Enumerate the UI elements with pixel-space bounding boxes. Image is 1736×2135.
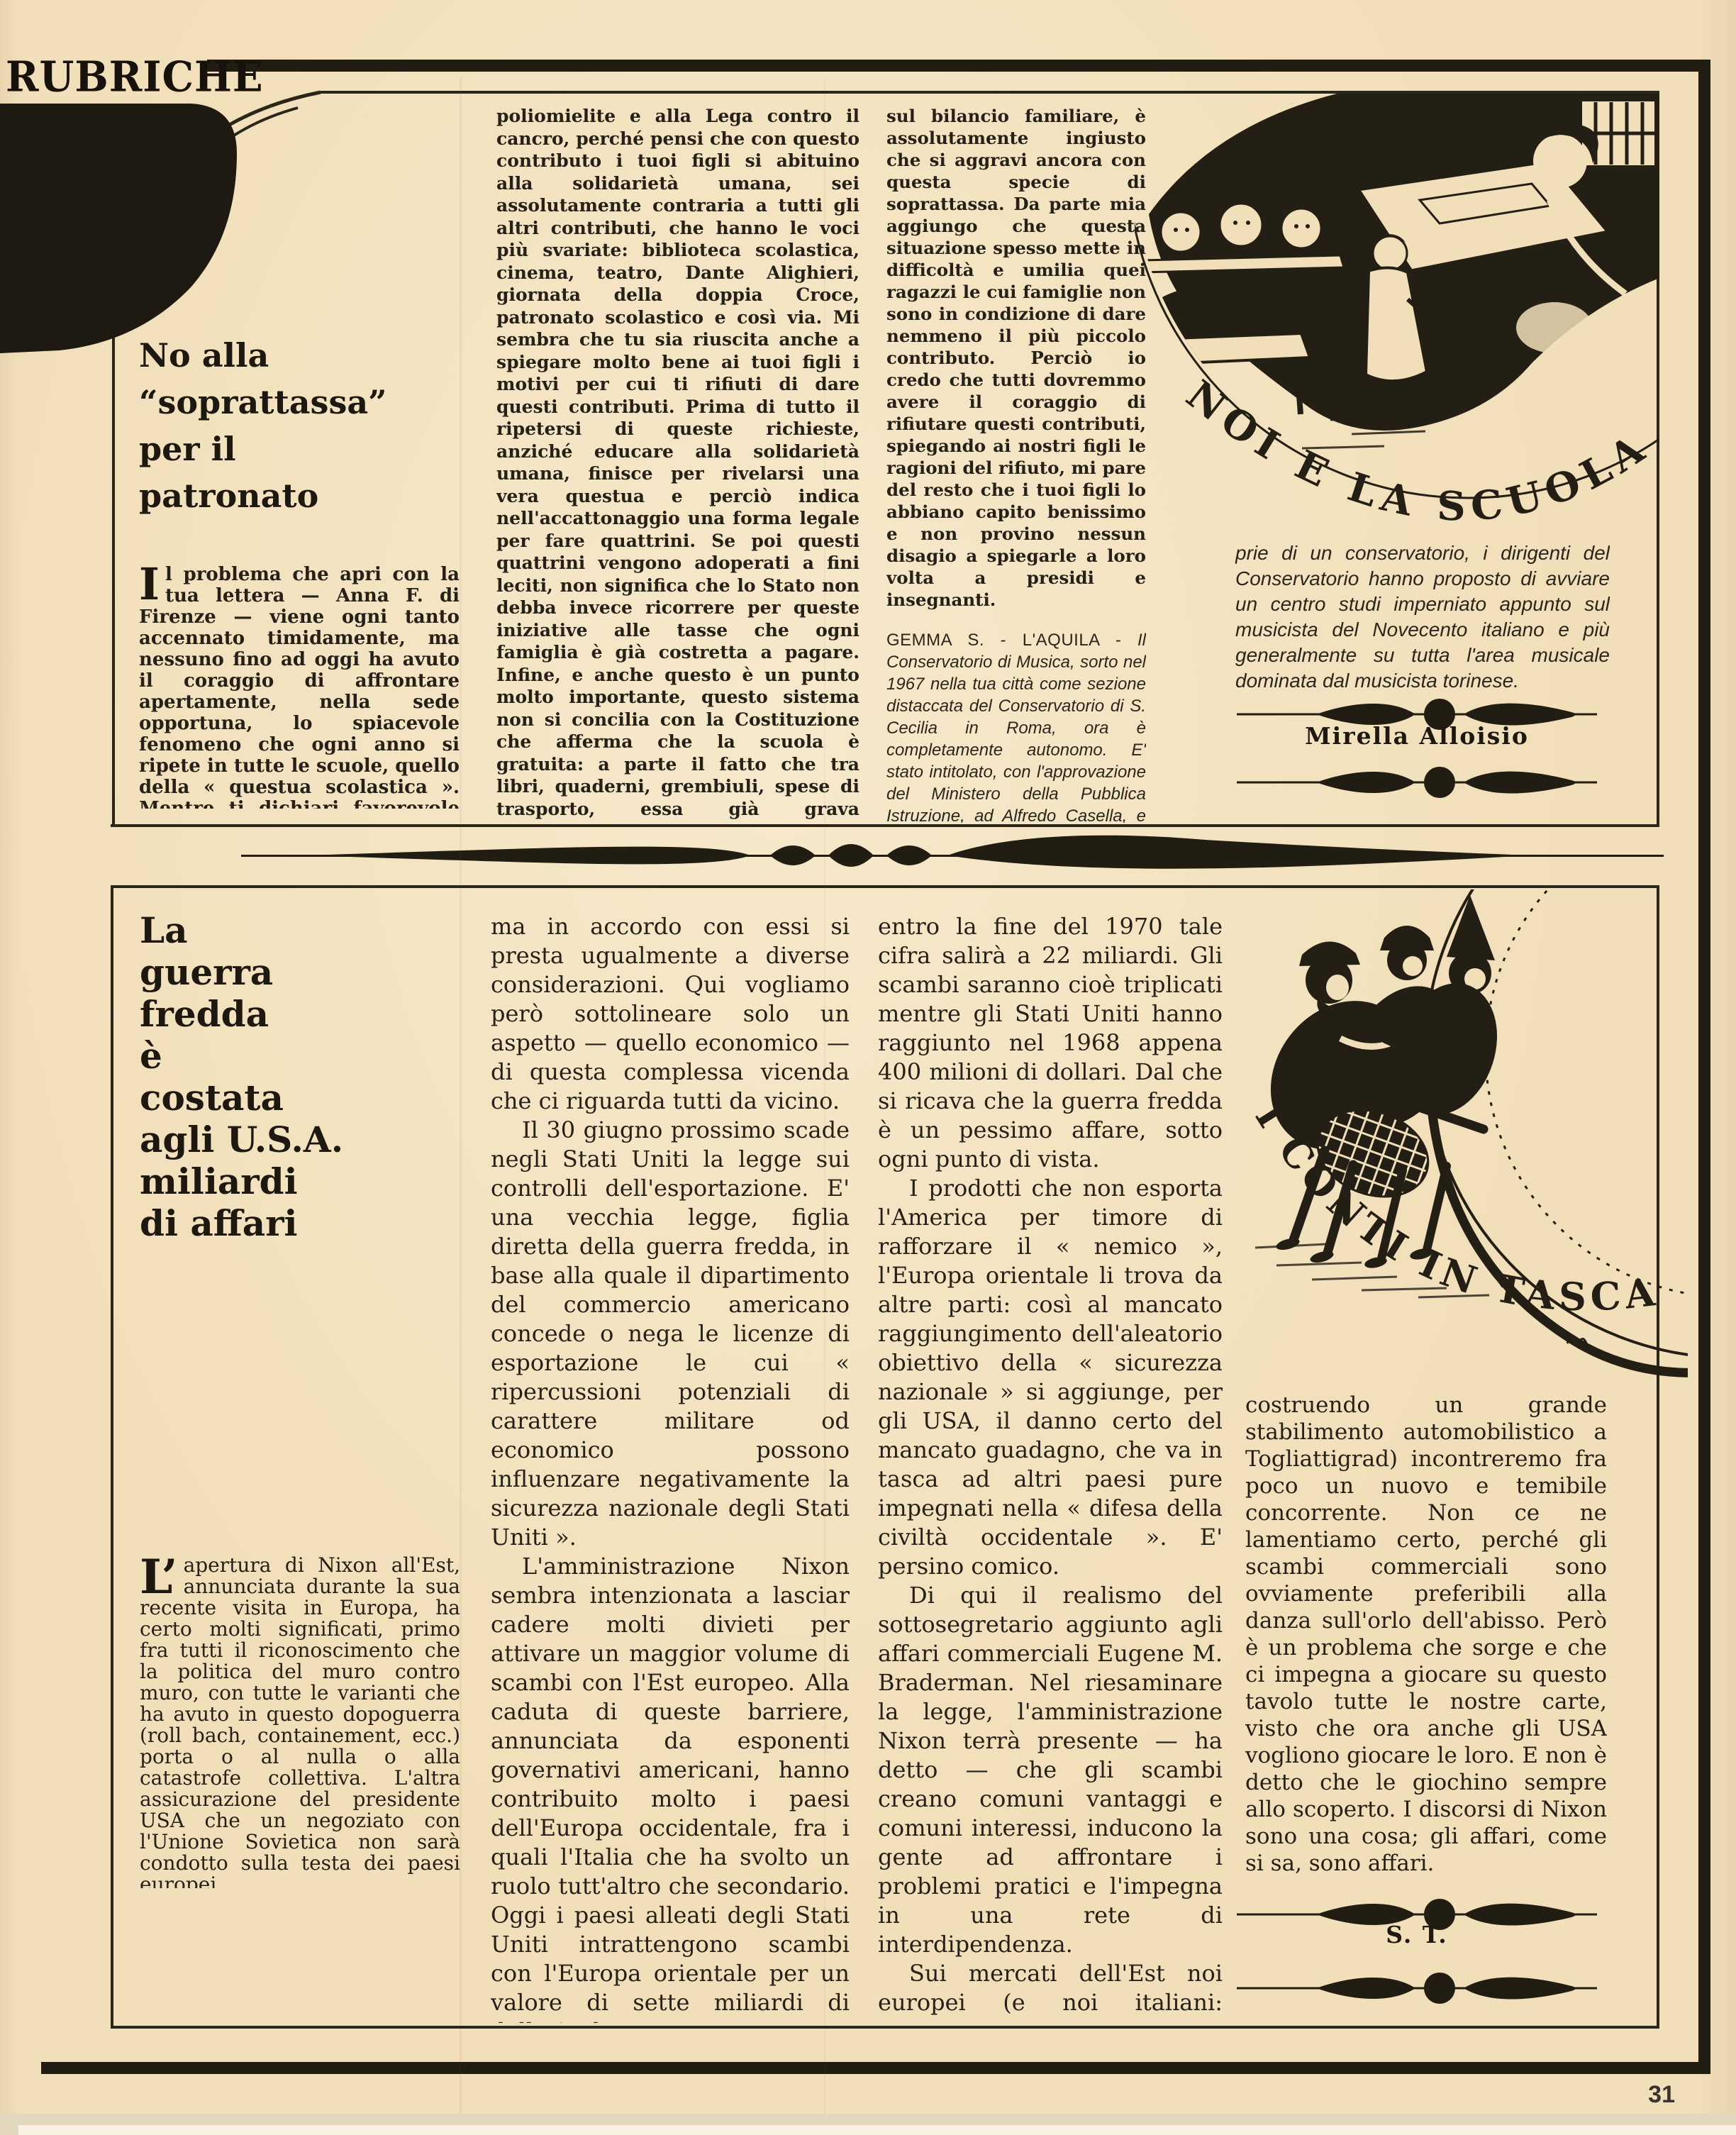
frame-top-rule bbox=[207, 60, 1710, 72]
article1-intro: Il problema che apri con la tua lettera … bbox=[139, 564, 460, 809]
article2-title-line: agli U.S.A. bbox=[140, 1119, 480, 1160]
article2-signature: S. T. bbox=[1233, 1921, 1601, 1948]
article2-column2-paragraph: ma in accordo con essi si presta ugualme… bbox=[491, 912, 850, 1116]
article2-title-line: è bbox=[140, 1035, 480, 1077]
next-page-sliver bbox=[18, 2125, 1736, 2135]
section-label: RUBRICHE bbox=[6, 52, 264, 101]
magazine-page: RUBRICHE bbox=[0, 0, 1736, 2135]
article1-letter2: GEMMA S. - L'AQUILA - Il Conservatorio d… bbox=[886, 629, 1146, 823]
section-divider-rule bbox=[241, 836, 1664, 869]
article2-column4: costruendo un grande stabilimento automo… bbox=[1245, 1392, 1607, 1882]
article2-column2-paragraph: Il 30 giugno prossimo scade negli Stati … bbox=[491, 1116, 850, 1552]
article2-column3-paragraph: entro la fine del 1970 tale cifra salirà… bbox=[878, 912, 1223, 1174]
article1-title-line: No alla bbox=[139, 332, 472, 379]
article1-title-line: per il bbox=[139, 426, 472, 472]
article2-column3-paragraph: I prodotti che non esporta l'America per… bbox=[878, 1174, 1223, 1581]
article2-title-line: fredda bbox=[140, 993, 480, 1035]
article1-title-line: patronato bbox=[139, 472, 472, 519]
article2-dropcap: L’ bbox=[140, 1555, 184, 1596]
article1-signature: Mirella Alloisio bbox=[1233, 722, 1601, 750]
article1-column2: poliomielite e alla Lega contro il cancr… bbox=[496, 105, 859, 823]
coin-inner-wavy-ring bbox=[1486, 889, 1688, 1297]
frame-bottom-rule bbox=[41, 2062, 1710, 2074]
article1-reply-text: sul bilancio familiare, è assolutamente … bbox=[886, 105, 1146, 611]
article1-intro-text: l problema che apri con la tua lettera —… bbox=[139, 564, 460, 809]
article2-title: Laguerrafreddaècostataagli U.S.A.miliard… bbox=[140, 909, 480, 1244]
article2-column3-paragraph: Sui mercati dell'Est noi europei (e noi … bbox=[878, 1959, 1223, 2020]
article2-intro-text: apertura di Nixon all'Est, annunciata du… bbox=[140, 1555, 460, 1888]
article2-column3-paragraph: Di qui il realismo del sottosegretario a… bbox=[878, 1581, 1223, 1959]
article1-letter2-text: Il Conservatorio di Musica, sorto nel 19… bbox=[886, 631, 1146, 823]
article2-title-line: costata bbox=[140, 1077, 480, 1119]
ornament-divider bbox=[1233, 1972, 1601, 2004]
article1-title: No alla“soprattassa”per ilpatronato bbox=[139, 332, 472, 519]
article2-title-line: miliardi bbox=[140, 1160, 480, 1202]
corner-ink-blob bbox=[0, 104, 237, 353]
article2-column2-paragraph: L'amministrazione Nixon sembra intenzion… bbox=[491, 1552, 850, 2023]
page-number: 31 bbox=[1648, 2081, 1675, 2109]
article1-dropcap: I bbox=[139, 564, 165, 602]
article2-title-line: La bbox=[140, 909, 480, 951]
article1-title-line: “soprattassa” bbox=[139, 379, 472, 426]
article1-column4: prie di un conservatorio, i dirigenti de… bbox=[1235, 540, 1610, 700]
article2-title-line: di affari bbox=[140, 1202, 480, 1244]
frame-right-rule bbox=[1698, 60, 1710, 2074]
article2-column2: ma in accordo con essi si presta ugualme… bbox=[491, 912, 850, 2023]
article2-intro: L’apertura di Nixon all'Est, annunciata … bbox=[140, 1555, 460, 1888]
school-illustration: NOI E LA SCUOLA bbox=[1135, 94, 1659, 555]
article1-letter2-sender: GEMMA S. - L'AQUILA - bbox=[886, 631, 1137, 650]
money-illustration: I CONTI IN TASCA bbox=[1234, 889, 1688, 1386]
coin-shadow-arc bbox=[1431, 1102, 1688, 1372]
article1-column3: sul bilancio familiare, è assolutamente … bbox=[886, 105, 1146, 823]
article2-column3: entro la fine del 1970 tale cifra salirà… bbox=[878, 912, 1223, 2020]
ornament-divider bbox=[1233, 766, 1601, 799]
article2-title-line: guerra bbox=[140, 951, 480, 993]
